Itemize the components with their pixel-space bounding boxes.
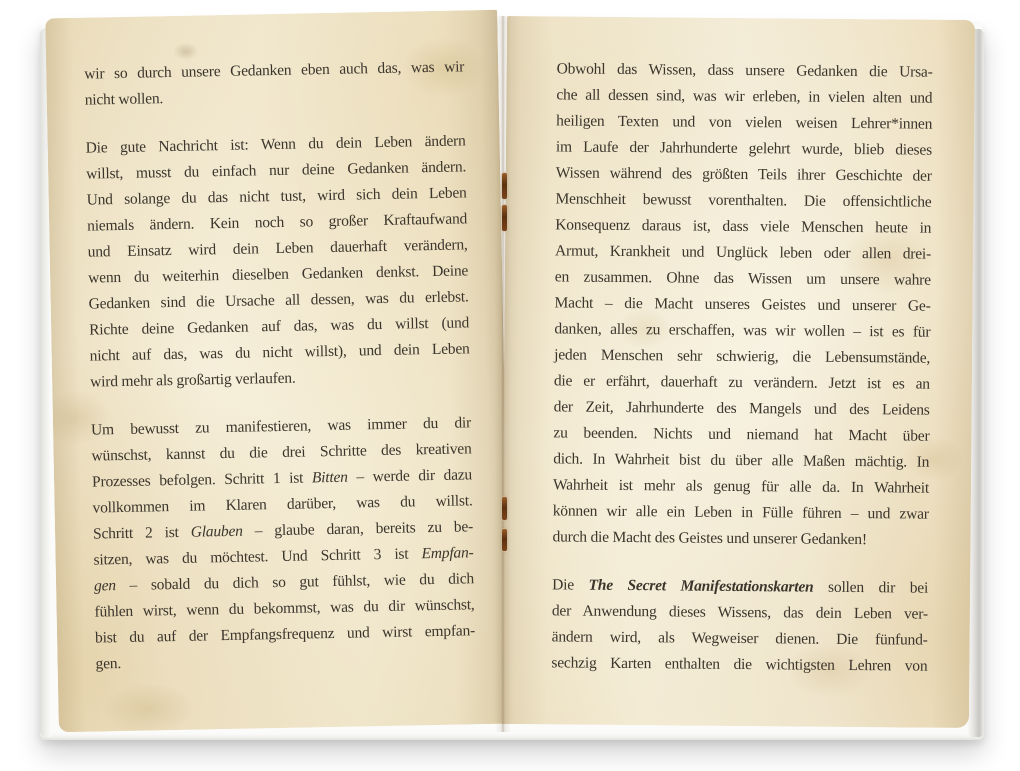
paragraph: Die The Secret Manifestationskarten soll… [551, 572, 928, 679]
left-page-text: wir so durch unsere Gedanken eben auch d… [84, 54, 476, 677]
text-line: der Zeit, Jahrhunderte des Mangels und d… [554, 394, 930, 423]
text-line: zu beenden. Nichts und niemand hat Macht… [553, 420, 929, 449]
italic-text: gen [94, 577, 116, 594]
text-line: heiligen Texten und von vielen weisen Le… [556, 108, 932, 137]
text-line: ändern wird, als Wegweiser dienen. Die f… [552, 624, 928, 653]
text-line: die er erfährt, dauerhaft zu verändern. … [554, 368, 930, 397]
paragraph: wir so durch unsere Gedanken eben auch d… [84, 54, 465, 113]
text-line: che all dessen sind, was wir erleben, in… [556, 82, 932, 111]
paragraph: Um bewusst zu manifestieren, was immer d… [91, 410, 476, 677]
emphasized-title-text: The Secret Manifestationskarten [588, 577, 813, 596]
binding-stitch [502, 529, 507, 551]
text-line: der Anwendung dieses Wissens, das dein L… [552, 598, 928, 627]
text-line: Obwohl das Wissen, dass unsere Gedanken … [557, 56, 933, 85]
text-line: Wissen während des größten Teils ihrer G… [556, 160, 932, 189]
open-book: wir so durch unsere Gedanken eben auch d… [36, 8, 988, 748]
italic-text: Glauben [191, 523, 243, 541]
right-page: Obwohl das Wissen, dass unsere Gedanken … [501, 16, 975, 728]
text-line: Macht – die Macht unseres Geistes und un… [554, 290, 930, 319]
text-line: Armut, Krankheit und Unglück leben oder … [555, 238, 931, 267]
text-line: dich. In Wahrheit bist du über alle Maße… [553, 446, 929, 475]
italic-text: Empfan- [421, 544, 473, 562]
text-line: Konsequenz daraus ist, dass viele Mensch… [555, 212, 931, 241]
photo-background: wir so durch unsere Gedanken eben auch d… [0, 0, 1020, 771]
text-line: Die The Secret Manifestationskarten soll… [552, 572, 928, 601]
text-line: können wir alle ein Leben in Fülle führe… [553, 498, 929, 527]
text-line: durch die Macht des Geistes und unserer … [552, 524, 928, 553]
text-line: en zusammen. Ohne das Wissen um unsere w… [555, 264, 931, 293]
paragraph: Die gute Nachricht ist: Wenn du dein Leb… [85, 128, 470, 395]
text-line: jeden Menschen sehr schwierig, die Leben… [554, 342, 930, 371]
binding-stitch [502, 173, 507, 199]
italic-text: Bitten [312, 469, 348, 487]
text-line: sechzig Karten enthalten die wichtigsten… [551, 650, 927, 679]
binding-stitch [502, 497, 507, 520]
right-page-text: Obwohl das Wissen, dass unsere Gedanken … [551, 56, 932, 679]
text-line: danken, alles zu erschaffen, was wir wol… [554, 316, 930, 345]
binding-stitch [502, 205, 507, 231]
text-line: Wahrheit ist mehr als genug für alle da.… [553, 472, 929, 501]
text-line: im Laufe der Jahrhunderte gelehrt wurde,… [556, 134, 932, 163]
left-page: wir so durch unsere Gedanken eben auch d… [45, 10, 511, 733]
text-line: Menschheit bewusst vorenthalten. Die off… [555, 186, 931, 215]
paragraph: Obwohl das Wissen, dass unsere Gedanken … [552, 56, 932, 553]
